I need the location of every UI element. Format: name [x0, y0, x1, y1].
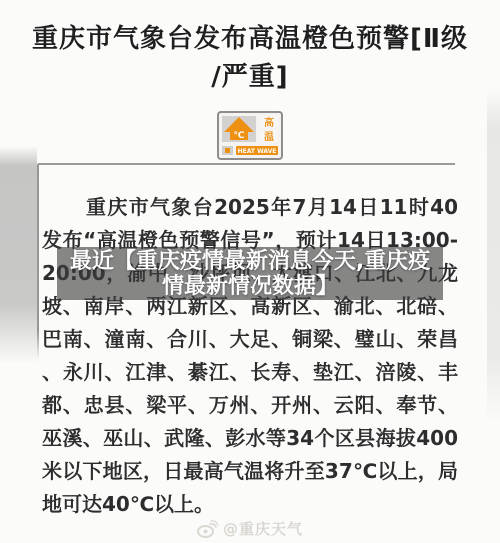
body-line: 都、忠县、梁平、万州、开州、云阳、奉节、 [42, 389, 458, 422]
notice-title-line1: 重庆市气象台发布高温橙色预警[Ⅱ级 [0, 20, 500, 58]
weibo-icon [197, 520, 218, 538]
vertical-border-rule [37, 164, 39, 360]
body-line: 巴南、潼南、合川、大足、铜梁、璧山、荣昌 [42, 323, 458, 356]
watermark: @重庆天气 [0, 518, 500, 539]
caption-line1: 最近【重庆疫情最新消息今天,重庆疫 [57, 249, 443, 274]
body-line: 米以下地区，日最高气温将升至37℃以上，局 [42, 455, 458, 488]
caption-line2: 情最新情况数据】 [57, 274, 443, 299]
left-margin-band [0, 146, 37, 364]
body-line: 重庆市气象台2025年7月14日11时40分 [42, 191, 458, 224]
heat-wave-caption: HEAT WAVE [238, 148, 277, 155]
right-margin-band [487, 88, 500, 422]
body-line: 、永川、江津、綦江、长寿、垫江、涪陵、丰 [42, 356, 458, 389]
notice-title-line2: /严重] [0, 58, 500, 96]
caption-overlay-banner: 最近【重庆疫情最新消息今天,重庆疫 情最新情况数据】 [57, 247, 443, 300]
heat-wave-warning-icon: ℃ 高 温 HEAT WAVE [217, 111, 283, 160]
sign-char-wen: 温 [264, 130, 274, 143]
body-line: 巫溪、巫山、武隆、彭水等34个区县海拔400 [42, 422, 458, 455]
body-line: 地可达40℃以上。 [42, 488, 458, 521]
sign-char-gao: 高 [264, 116, 274, 129]
notice-body: 重庆市气象台2025年7月14日11时40分 发布“高温橙色预警信号”，预计14… [42, 191, 458, 521]
weather-alert-notice: 重庆市气象台发布高温橙色预警[Ⅱ级 /严重] ℃ 高 温 HEAT WAVE 重… [0, 0, 500, 543]
horizontal-border-rule [38, 163, 455, 165]
heat-wave-warning-svg: ℃ 高 温 HEAT WAVE [217, 111, 283, 160]
notice-title: 重庆市气象台发布高温橙色预警[Ⅱ级 /严重] [0, 20, 500, 96]
thermometer-celsius-label: ℃ [234, 131, 245, 141]
watermark-handle: @重庆天气 [223, 518, 303, 539]
